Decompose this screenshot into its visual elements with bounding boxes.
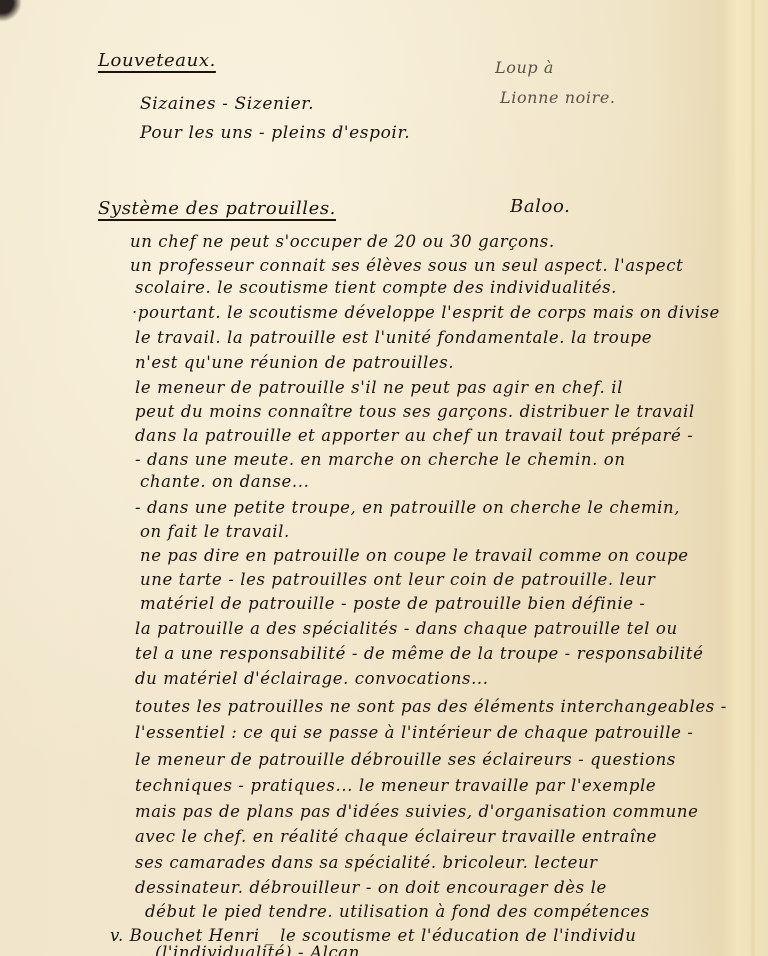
- text-line: du matériel d'éclairage. convocations...: [135, 671, 489, 688]
- text-line: le travail. la patrouille est l'unité fo…: [135, 330, 652, 347]
- text-line: techniques - pratiques... le meneur trav…: [135, 778, 656, 795]
- text-line: dessinateur. débrouilleur - on doit enco…: [135, 880, 607, 897]
- header-line-2: Pour les uns - pleins d'espoir.: [140, 125, 410, 142]
- text-line: l'essentiel : ce qui se passe à l'intéri…: [135, 725, 694, 742]
- text-line: ne pas dire en patrouille on coupe le tr…: [140, 548, 689, 565]
- page-edge: [750, 0, 756, 956]
- section-title: Système des patrouilles.: [98, 200, 336, 218]
- text-line: - dans une petite troupe, en patrouille …: [135, 500, 680, 517]
- section-right-label: Baloo.: [510, 198, 570, 216]
- text-line: n'est qu'une réunion de patrouilles.: [135, 355, 454, 372]
- text-line: avec le chef. en réalité chaque éclaireu…: [135, 829, 657, 846]
- bibliography-line-2: (l'individualité) - Alcan _: [155, 945, 375, 956]
- binding-shadow: [0, 0, 22, 22]
- text-line: ses camarades dans sa spécialité. bricol…: [135, 855, 598, 872]
- section-title-text: Système des patrouilles.: [98, 198, 336, 219]
- right-note-1: Loup à: [495, 60, 554, 76]
- text-line: le meneur de patrouille s'il ne peut pas…: [135, 380, 623, 397]
- text-line: début le pied tendre. utilisation à fond…: [145, 904, 650, 921]
- text-line: on fait le travail.: [140, 524, 290, 541]
- text-line: la patrouille a des spécialités - dans c…: [135, 621, 678, 638]
- text-line: tel a une responsabilité - de même de la…: [135, 646, 703, 663]
- text-line: dans la patrouille et apporter au chef u…: [135, 428, 693, 445]
- text-line: chante. on danse...: [140, 474, 309, 491]
- text-line: un professeur connait ses élèves sous un…: [130, 258, 683, 275]
- text-line: peut du moins connaître tous ses garçons…: [135, 404, 695, 421]
- heading-louveteaux: Louveteaux.: [98, 52, 216, 70]
- text-line: matériel de patrouille - poste de patrou…: [140, 596, 646, 613]
- text-line: une tarte - les patrouilles ont leur coi…: [140, 572, 655, 589]
- text-line: mais pas de plans pas d'idées suivies, d…: [135, 804, 698, 821]
- handwritten-page: Louveteaux. Loup à Lionne noire. Sizaine…: [0, 0, 768, 956]
- text-line: - dans une meute. en marche on cherche l…: [135, 452, 626, 469]
- text-line: ·pourtant. le scoutisme développe l'espr…: [132, 305, 720, 322]
- header-line-1: Sizaines - Sizenier.: [140, 96, 314, 113]
- text-line: scolaire. le scoutisme tient compte des …: [135, 280, 617, 297]
- right-note-2: Lionne noire.: [500, 90, 616, 106]
- text-line: toutes les patrouilles ne sont pas des é…: [135, 699, 727, 716]
- text-line: le meneur de patrouille débrouille ses é…: [135, 752, 676, 769]
- text-line: un chef ne peut s'occuper de 20 ou 30 ga…: [130, 234, 555, 251]
